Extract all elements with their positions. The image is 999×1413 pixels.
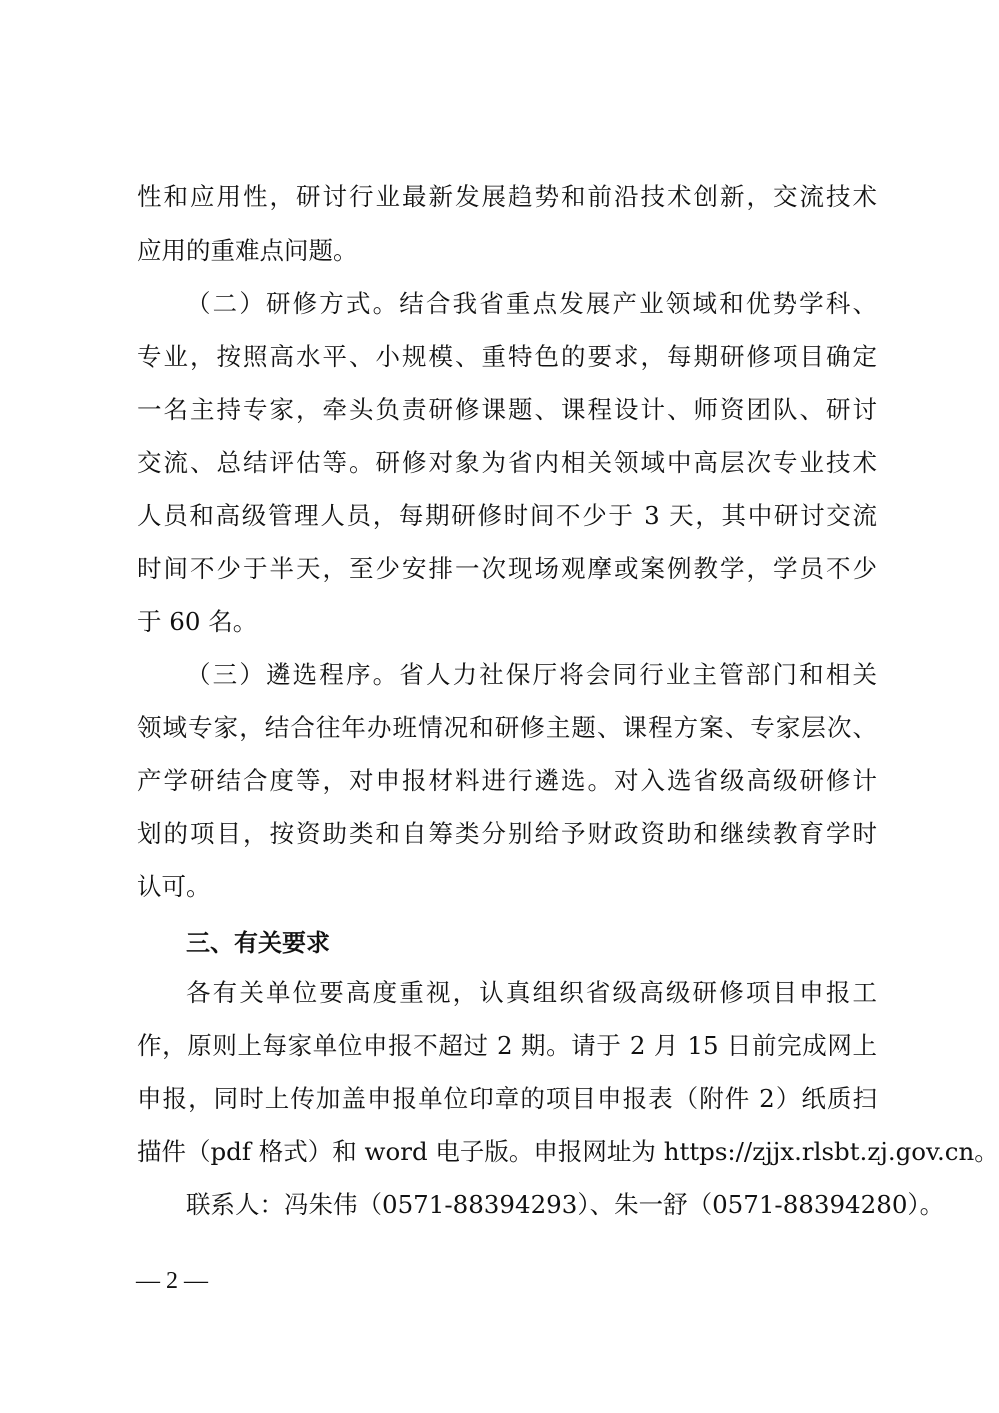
paragraph-line: 各有关单位要高度重视，认真组织省级高级研修项目申报工: [186, 974, 877, 1009]
paragraph-line: 专业，按照高水平、小规模、重特色的要求，每期研修项目确定: [137, 338, 877, 373]
paragraph-line: 认可。: [137, 868, 877, 903]
paragraph-line: 人员和高级管理人员，每期研修时间不少于 3 天，其中研讨交流: [137, 497, 877, 532]
paragraph-line: 描件（pdf 格式）和 word 电子版。申报网址为 https://zjjx.…: [137, 1133, 877, 1168]
paragraph-line: 时间不少于半天，至少安排一次现场观摩或案例教学，学员不少: [137, 550, 877, 585]
contact-line: 联系人：冯朱伟（0571-88394293）、朱一舒（0571-88394280…: [186, 1186, 877, 1221]
paragraph-line: 交流、总结评估等。研修对象为省内相关领域中高层次专业技术: [137, 444, 877, 479]
paragraph-line: （三）遴选程序。省人力社保厅将会同行业主管部门和相关: [186, 656, 877, 691]
paragraph-line: 应用的重难点问题。: [137, 232, 877, 267]
paragraph-line: 领域专家，结合往年办班情况和研修主题、课程方案、专家层次、: [137, 709, 877, 744]
paragraph-line: 划的项目，按资助类和自筹类分别给予财政资助和继续教育学时: [137, 815, 877, 850]
paragraph-line: （二）研修方式。结合我省重点发展产业领域和优势学科、: [186, 285, 877, 320]
paragraph-line: 性和应用性，研讨行业最新发展趋势和前沿技术创新，交流技术: [137, 178, 877, 213]
document-page: 性和应用性，研讨行业最新发展趋势和前沿技术创新，交流技术 应用的重难点问题。 （…: [0, 0, 999, 1413]
paragraph-line: 产学研结合度等，对申报材料进行遴选。对入选省级高级研修计: [137, 762, 877, 797]
page-number: — 2 —: [136, 1268, 208, 1295]
section-heading: 三、有关要求: [186, 923, 330, 958]
paragraph-line: 申报，同时上传加盖申报单位印章的项目申报表（附件 2）纸质扫: [137, 1080, 877, 1115]
paragraph-line: 一名主持专家，牵头负责研修课题、课程设计、师资团队、研讨: [137, 391, 877, 426]
paragraph-line: 于 60 名。: [137, 603, 877, 638]
paragraph-line: 作，原则上每家单位申报不超过 2 期。请于 2 月 15 日前完成网上: [137, 1027, 877, 1062]
